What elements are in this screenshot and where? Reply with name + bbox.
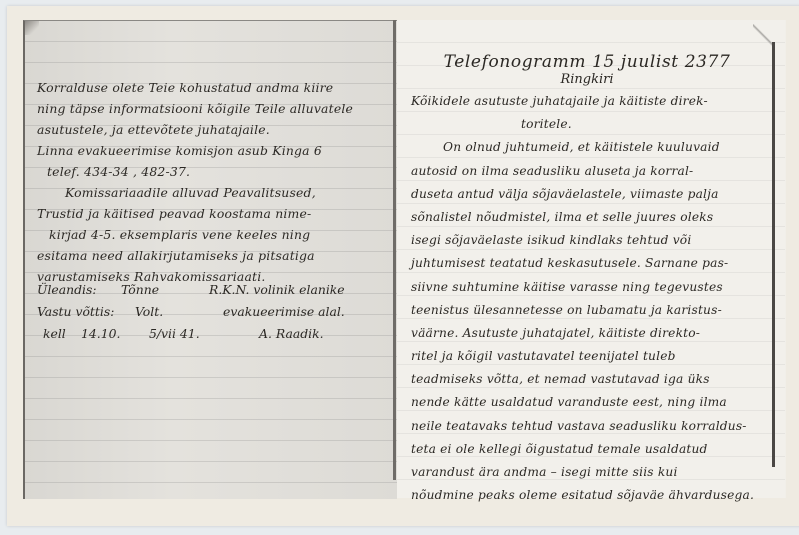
text-line: Korralduse olete Teie kohustatud andma k… xyxy=(37,77,387,98)
text-line: Komissariaadile alluvad Peavalitsused, xyxy=(37,182,387,203)
text-line: asutustele, ja ettevõtete juhatajaile. xyxy=(37,119,387,140)
text-line: nende kätte usaldatud varanduste eest, n… xyxy=(411,391,771,414)
signature-row-handed-over: Üleandis: Tõnne R.K.N. volinik elanike xyxy=(37,279,382,300)
photo-mount: Korralduse olete Teie kohustatud andma k… xyxy=(7,6,799,526)
text-line: sõnalistel nõudmistel, ilma et selle juu… xyxy=(411,206,771,229)
text-line: nõudmine peaks oleme esitatud sõjaväe äh… xyxy=(411,484,771,507)
text-line: varandust ära andma – isegi mitte siis k… xyxy=(411,461,771,484)
handed-over-name: Tõnne xyxy=(121,279,159,300)
text-line: juhtumisest teatatud keskasutusele. Sarn… xyxy=(411,252,771,275)
text-line: teenistus ülesannetesse on lubamatu ja k… xyxy=(411,299,771,322)
text-line: isegi sõjaväelaste isikud kindlaks tehtu… xyxy=(411,229,771,252)
text-line: teadmiseks võtta, et nemad vastutavad ig… xyxy=(411,368,771,391)
left-notebook-page: Korralduse olete Teie kohustatud andma k… xyxy=(23,20,397,499)
left-page-text: Korralduse olete Teie kohustatud andma k… xyxy=(37,77,387,287)
text-line: siivne suhtumine käitise varasse ning te… xyxy=(411,276,771,299)
signer-name: A. Raadik. xyxy=(259,323,324,344)
authority-line1: R.K.N. volinik elanike xyxy=(209,279,345,300)
text-line: autosid on ilma seadusliku aluseta ja ko… xyxy=(411,160,771,183)
text-line: kirjad 4-5. eksemplaris vene keeles ning xyxy=(37,224,387,245)
signature-row-time: kell 14.10. 5/vii 41. A. Raadik. xyxy=(37,323,382,344)
text-line: Linna evakueerimise komisjon asub Kinga … xyxy=(37,140,387,161)
right-notebook-page: Telefonogramm 15 juulist 2377 Ringkiri K… xyxy=(397,20,785,498)
right-page-text: Kõikidele asutuste juhatajaile ja käitis… xyxy=(411,90,771,507)
text-line: neile teatavaks tehtud vastava seaduslik… xyxy=(411,415,771,438)
date-value: 5/vii 41. xyxy=(149,323,200,344)
text-line: Kõikidele asutuste juhatajaile ja käitis… xyxy=(411,90,771,113)
text-line: On olnud juhtumeid, et käitistele kuuluv… xyxy=(411,136,771,159)
text-line: duseta antud välja sõjaväelastele, viima… xyxy=(411,183,771,206)
text-line: ritel ja kõigil vastutavatel teenijatel … xyxy=(411,345,771,368)
circular-subtitle: Ringkiri xyxy=(397,72,777,87)
handed-over-label: Üleandis: xyxy=(37,279,97,300)
text-line: väärne. Asutuste juhatajatel, käitiste d… xyxy=(411,322,771,345)
text-line: Trustid ja käitised peavad koostama nime… xyxy=(37,203,387,224)
notebook-spine xyxy=(393,20,396,480)
text-line: telef. 434-34 , 482-37. xyxy=(37,161,387,182)
text-line: esitama need allakirjutamiseks ja pitsat… xyxy=(37,245,387,266)
page-edge xyxy=(772,42,775,467)
text-line: toritele. xyxy=(411,113,771,136)
time-label: kell xyxy=(43,323,66,344)
telephonogram-title: Telefonogramm 15 juulist 2377 xyxy=(397,52,777,72)
signature-row-received: Vastu võttis: Volt. evakueerimise alal. xyxy=(37,301,382,322)
text-line: teta ei ole kellegi õigustatud temale us… xyxy=(411,438,771,461)
authority-line2: evakueerimise alal. xyxy=(223,301,345,322)
received-name: Volt. xyxy=(135,301,163,322)
document-photo: Korralduse olete Teie kohustatud andma k… xyxy=(23,20,786,498)
time-value: 14.10. xyxy=(81,323,120,344)
received-label: Vastu võttis: xyxy=(37,301,114,322)
text-line: ning täpse informatsiooni kõigile Teile … xyxy=(37,98,387,119)
